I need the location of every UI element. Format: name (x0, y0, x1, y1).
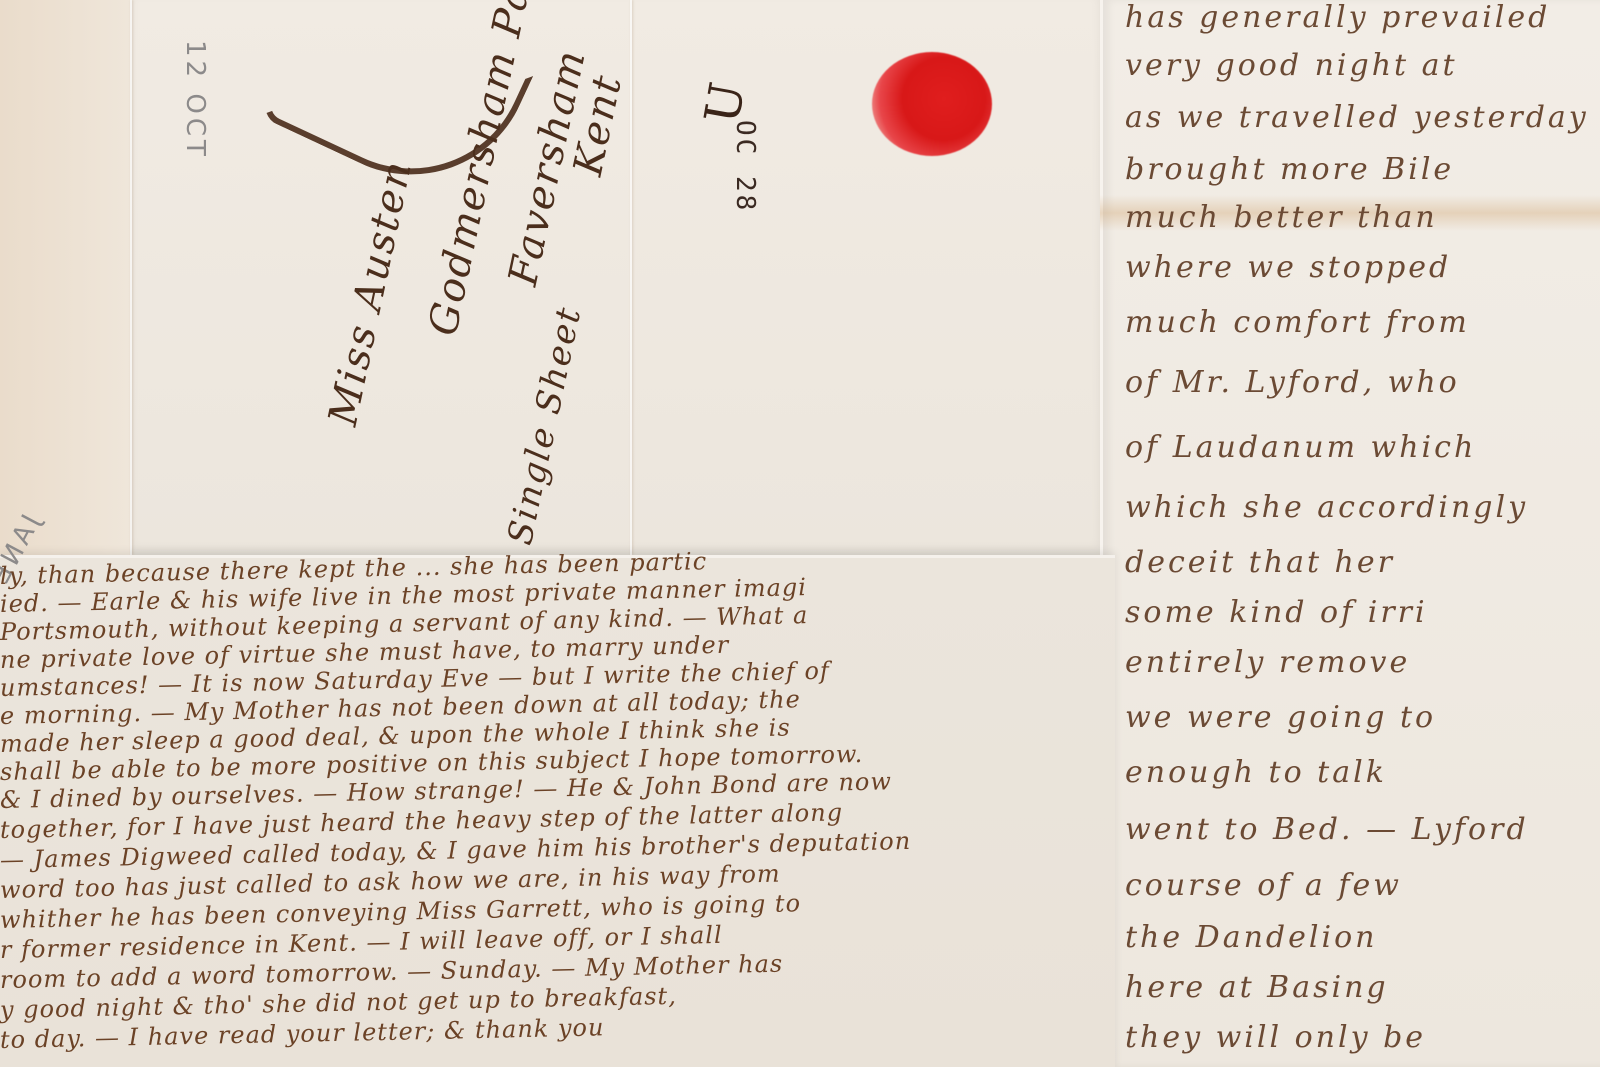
right-line: we were going to (1125, 700, 1436, 735)
fold-crease (130, 0, 132, 555)
right-line: very good night at (1125, 48, 1458, 83)
right-line: they will only be (1125, 1020, 1426, 1055)
right-line: deceit that her (1125, 545, 1395, 580)
right-line: has generally prevailed (1125, 0, 1550, 35)
letter-photograph: 12 OCT JANE AUSTEN Miss Austen Godmersha… (0, 0, 1600, 1067)
right-line: much better than (1125, 200, 1438, 235)
right-line: some kind of irri (1125, 595, 1428, 630)
right-line: much comfort from (1125, 305, 1470, 340)
right-line: of Laudanum which (1125, 430, 1476, 465)
pencil-date-note: 12 OCT (180, 40, 210, 160)
red-wax-seal (872, 52, 992, 156)
right-line: brought more Bile (1125, 152, 1454, 187)
right-line: enough to talk (1125, 755, 1387, 790)
right-line: as we travelled yesterday (1125, 100, 1589, 135)
right-line: here at Basing (1125, 970, 1389, 1005)
left-flap (0, 0, 130, 555)
right-line: went to Bed. — Lyford (1125, 812, 1529, 847)
right-line: course of a few (1125, 868, 1402, 903)
postmark-stamp: OC 28 (730, 120, 760, 213)
right-line: where we stopped (1125, 250, 1451, 285)
right-line: which she accordingly (1125, 490, 1528, 525)
right-line: the Dandelion (1125, 920, 1377, 955)
right-line: entirely remove (1125, 645, 1410, 680)
right-line: of Mr. Lyford, who (1125, 365, 1460, 400)
